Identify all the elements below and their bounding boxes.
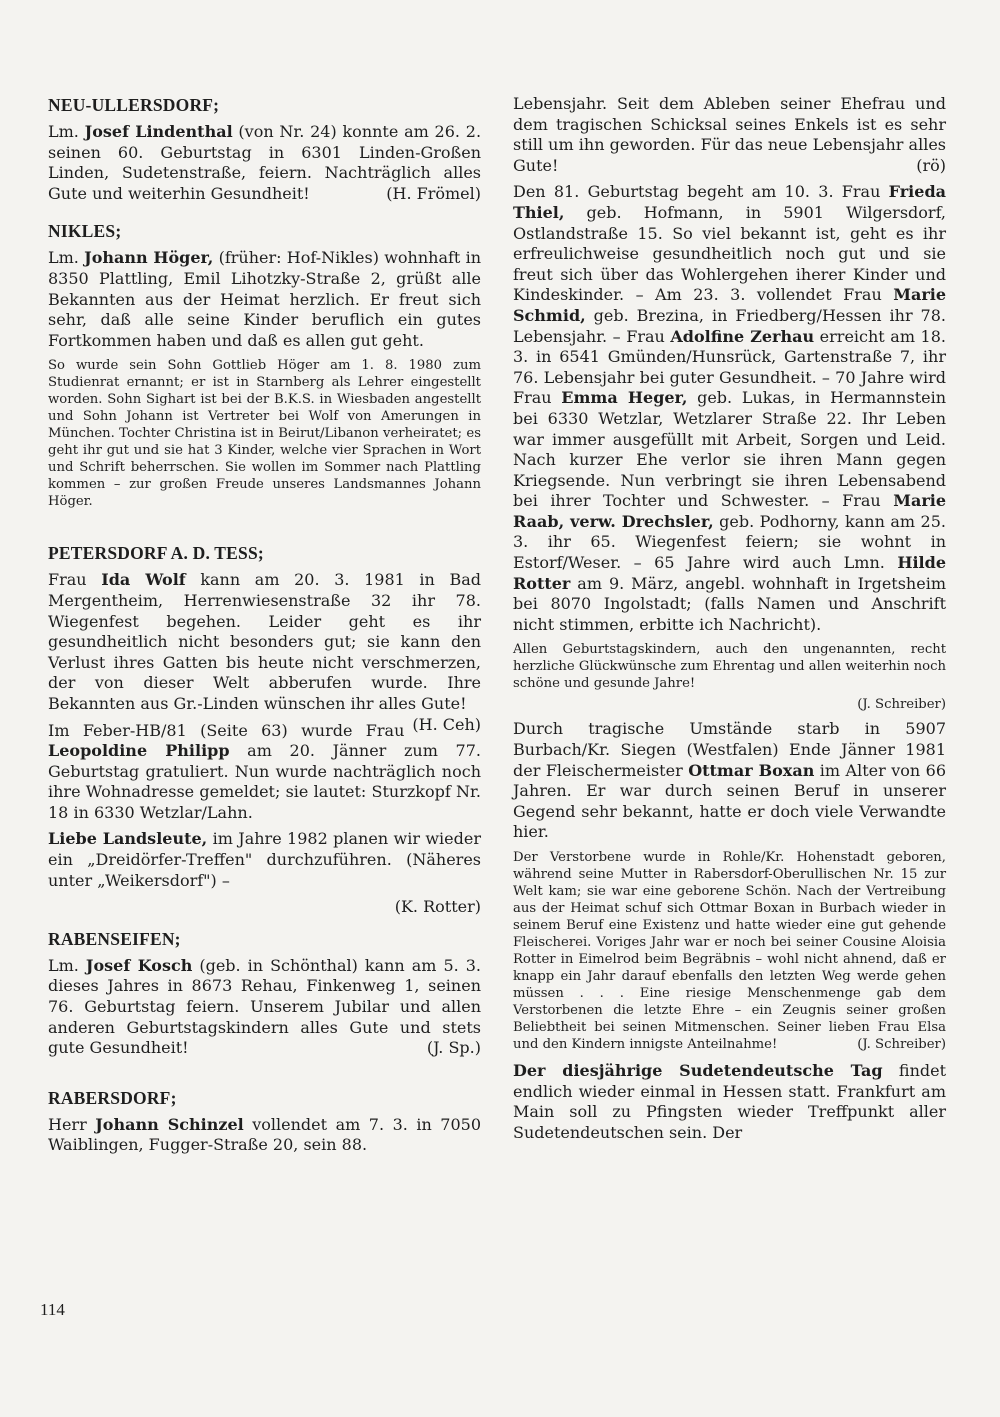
paragraph-small: Allen Geburtstagskindern, auch den ungen…	[513, 641, 946, 692]
section-title: RABENSEIFEN;	[48, 928, 481, 950]
section-neu-ullersdorf: NEU-ULLERSDORF; Lm. Josef Lindenthal (vo…	[48, 94, 481, 204]
paragraph: Frau Ida Wolf kann am 20. 3. 1981 in Bad…	[48, 570, 481, 714]
text: geb. Hofmann, in 5901 Wilgersdorf, Ostla…	[513, 203, 946, 304]
highlight: Der diesjährige Sudetendeutsche Tag	[513, 1061, 883, 1080]
paragraph-obituary: Durch tragische Umstände starb in 5907 B…	[513, 719, 946, 843]
byline: (J. Sp.)	[427, 1038, 481, 1059]
section-title: PETERSDORF A. D. TESS;	[48, 542, 481, 564]
person-name: Adolfine Zerhau	[670, 327, 814, 346]
section-nikles: NIKLES; Lm. Johann Höger, (früher: Hof-N…	[48, 220, 481, 510]
byline: (K. Rotter)	[48, 897, 481, 918]
text: Frau	[48, 570, 101, 589]
paragraph-birthdays: Den 81. Geburtstag begeht am 10. 3. Frau…	[513, 182, 946, 635]
person-name: Leopoldine Philipp	[48, 741, 230, 760]
byline: (rö)	[916, 156, 946, 177]
byline: (H. Ceh)	[412, 715, 481, 736]
paragraph: Der diesjährige Sudetendeutsche Tag find…	[513, 1061, 946, 1143]
text: Lm.	[48, 956, 86, 975]
text: Lm.	[48, 248, 84, 267]
text: am 9. März, angebl. wohnhaft in Irgetshe…	[513, 574, 946, 634]
paragraph: Herr Johann Schinzel vollendet am 7. 3. …	[48, 1115, 481, 1156]
paragraph: Lm. Johann Höger, (früher: Hof-Nikles) w…	[48, 248, 481, 351]
byline: (H. Frömel)	[386, 184, 481, 205]
right-column: Lebensjahr. Seit dem Ableben seiner Ehef…	[513, 94, 946, 1149]
text: Lm.	[48, 122, 85, 141]
section-title: NEU-ULLERSDORF;	[48, 94, 481, 116]
paragraph: Lm. Josef Lindenthal (von Nr. 24) konnte…	[48, 122, 481, 204]
paragraph-small: So wurde sein Sohn Gottlieb Höger am 1. …	[48, 357, 481, 510]
person-name: Ottmar Boxan	[688, 761, 814, 780]
text: Den 81. Geburtstag begeht am 10. 3. Frau	[513, 182, 889, 201]
person-name: Johann Schinzel	[95, 1115, 244, 1134]
person-name: Ida Wolf	[101, 570, 185, 589]
paragraph: Lebensjahr. Seit dem Ableben seiner Ehef…	[513, 94, 946, 176]
byline: (J. Schreiber)	[857, 1036, 946, 1053]
paragraph: Im Feber-HB/81 (Seite 63) wurde Frau Leo…	[48, 721, 481, 824]
person-name: Josef Lindenthal	[85, 122, 233, 141]
text: Im Feber-HB/81 (Seite 63) wurde Frau	[48, 721, 404, 740]
section-title: RABERSDORF;	[48, 1087, 481, 1109]
person-name: Josef Kosch	[86, 956, 192, 975]
page-number: 114	[40, 1300, 65, 1320]
paragraph: Liebe Landsleute, im Jahre 1982 planen w…	[48, 829, 481, 891]
person-name: Emma Heger,	[561, 388, 687, 407]
section-rabenseifen: RABENSEIFEN; Lm. Josef Kosch (geb. in Sc…	[48, 928, 481, 1059]
left-column: NEU-ULLERSDORF; Lm. Josef Lindenthal (vo…	[48, 94, 481, 1162]
byline: (J. Schreiber)	[513, 696, 946, 713]
paragraph: Lm. Josef Kosch (geb. in Schönthal) kann…	[48, 956, 481, 1059]
paragraph-small: Der Verstorbene wurde in Rohle/Kr. Hohen…	[513, 849, 946, 1053]
text: Lebensjahr. Seit dem Ableben seiner Ehef…	[513, 94, 946, 175]
text: Der Verstorbene wurde in Rohle/Kr. Hohen…	[513, 850, 946, 1052]
section-rabersdorf: RABERSDORF; Herr Johann Schinzel vollend…	[48, 1087, 481, 1156]
highlight: Liebe Landsleute,	[48, 829, 207, 848]
text: Herr	[48, 1115, 95, 1134]
section-title: NIKLES;	[48, 220, 481, 242]
text: kann am 20. 3. 1981 in Bad Mergentheim, …	[48, 570, 481, 713]
section-petersdorf: PETERSDORF A. D. TESS; Frau Ida Wolf kan…	[48, 542, 481, 918]
person-name: Johann Höger,	[84, 248, 213, 267]
